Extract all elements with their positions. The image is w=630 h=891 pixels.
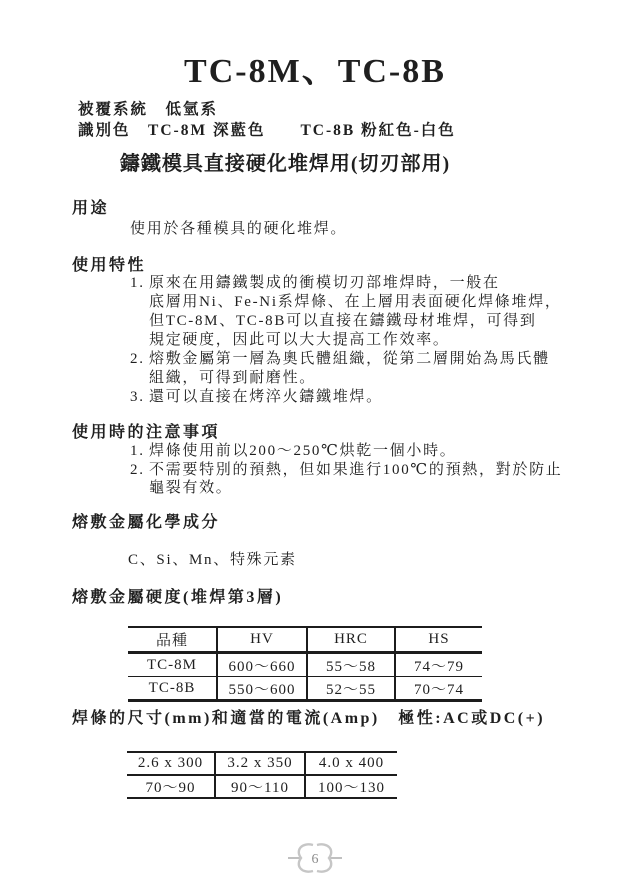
list-number: 2. — [130, 461, 149, 480]
list-line: 規定硬度，因此可以大大提高工作效率。 — [149, 331, 562, 350]
table-cell: 600～660 — [217, 653, 307, 677]
size-cell: 3.2 x 350 — [215, 752, 305, 775]
table-row: TC-8B 550～600 52～55 70～74 — [128, 677, 482, 701]
list-number: 2. — [130, 350, 149, 369]
list-line: 焊條使用前以200～250℃烘乾一個小時。 — [149, 443, 456, 459]
list-item: 1.原來在用鑄鐵製成的衝模切刃部堆焊時，一般在 底層用Ni、Fe-Ni系焊條、在… — [130, 274, 562, 350]
precautions-heading: 使用時的注意事項 — [72, 423, 220, 443]
list-line: 但TC-8M、TC-8B可以直接在鑄鐵母材堆焊，可得到 — [149, 312, 562, 331]
table-header-cell: HV — [217, 627, 307, 653]
list-line: 龜裂有效。 — [149, 479, 562, 498]
list-line: 組織，可得到耐磨性。 — [149, 369, 562, 388]
current-cell: 90～110 — [215, 775, 305, 798]
hardness-table: 品種 HV HRC HS TC-8M 600～660 55～58 74～79 T… — [128, 626, 482, 702]
size-cell: 2.6 x 300 — [127, 752, 215, 775]
list-number: 1. — [130, 442, 149, 461]
document-page: TC-8M、TC-8B 被覆系統 低氫系 識別色 TC-8M 深藍色 TC-8B… — [0, 0, 630, 891]
hardness-heading: 熔敷金屬硬度(堆焊第3層) — [72, 588, 283, 608]
list-line: 熔敷金屬第一層為奧氏體組織，從第二層開始為馬氏體 — [149, 351, 550, 367]
table-cell: TC-8B — [128, 677, 217, 701]
sizing-current-table: 2.6 x 300 3.2 x 350 4.0 x 400 70～90 90～1… — [127, 751, 397, 799]
table-cell: 70～74 — [395, 677, 482, 701]
list-line: 原來在用鑄鐵製成的衝模切刃部堆焊時，一般在 — [149, 275, 500, 291]
features-heading: 使用特性 — [72, 256, 146, 276]
chemistry-body: C、Si、Mn、特殊元素 — [128, 551, 297, 570]
list-line: 還可以直接在烤淬火鑄鐵堆焊。 — [149, 389, 383, 405]
size-cell: 4.0 x 400 — [305, 752, 397, 775]
current-cell: 100～130 — [305, 775, 397, 798]
table-row: 2.6 x 300 3.2 x 350 4.0 x 400 — [127, 752, 397, 775]
list-item: 2.不需要特別的預熱，但如果進行100℃的預熱，對於防止 龜裂有效。 — [130, 461, 562, 498]
current-cell: 70～90 — [127, 775, 215, 798]
footer-ornament-icon: 6 — [286, 841, 344, 875]
features-list: 1.原來在用鑄鐵製成的衝模切刃部堆焊時，一般在 底層用Ni、Fe-Ni系焊條、在… — [130, 274, 562, 407]
table-cell: 550～600 — [217, 677, 307, 701]
list-line: 底層用Ni、Fe-Ni系焊條、在上層用表面硬化焊條堆焊， — [149, 293, 562, 312]
chemistry-heading: 熔敷金屬化學成分 — [72, 513, 220, 533]
table-header-cell: HRC — [307, 627, 395, 653]
list-number: 3. — [130, 388, 149, 407]
coating-system-line: 被覆系統 低氫系 — [78, 100, 218, 120]
list-line: 不需要特別的預熱，但如果進行100℃的預熱，對於防止 — [149, 462, 562, 478]
table-cell: 52～55 — [307, 677, 395, 701]
list-item: 3.還可以直接在烤淬火鑄鐵堆焊。 — [130, 388, 562, 407]
page-footer: 6 — [0, 841, 630, 880]
identification-color-line: 識別色 TC-8M 深藍色 TC-8B 粉紅色-白色 — [78, 121, 456, 141]
table-header-cell: 品種 — [128, 627, 217, 653]
precautions-list: 1.焊條使用前以200～250℃烘乾一個小時。 2.不需要特別的預熱，但如果進行… — [130, 442, 562, 498]
document-subtitle: 鑄鐵模具直接硬化堆焊用(切刃部用) — [62, 150, 508, 178]
table-cell: TC-8M — [128, 653, 217, 677]
table-row: 70～90 90～110 100～130 — [127, 775, 397, 798]
footer-page-number: 6 — [312, 852, 319, 867]
usage-heading: 用途 — [72, 199, 109, 219]
list-item: 2.熔敷金屬第一層為奧氏體組織，從第二層開始為馬氏體 組織，可得到耐磨性。 — [130, 350, 562, 388]
table-header-row: 品種 HV HRC HS — [128, 627, 482, 653]
table-cell: 74～79 — [395, 653, 482, 677]
table-row: TC-8M 600～660 55～58 74～79 — [128, 653, 482, 677]
page-title: TC-8M、TC-8B — [0, 54, 630, 90]
usage-body: 使用於各種模具的硬化堆焊。 — [130, 220, 347, 239]
sizing-heading: 焊條的尺寸(mm)和適當的電流(Amp) 極性:AC或DC(+) — [72, 709, 545, 729]
table-header-cell: HS — [395, 627, 482, 653]
list-item: 1.焊條使用前以200～250℃烘乾一個小時。 — [130, 442, 562, 461]
list-number: 1. — [130, 274, 149, 293]
table-cell: 55～58 — [307, 653, 395, 677]
